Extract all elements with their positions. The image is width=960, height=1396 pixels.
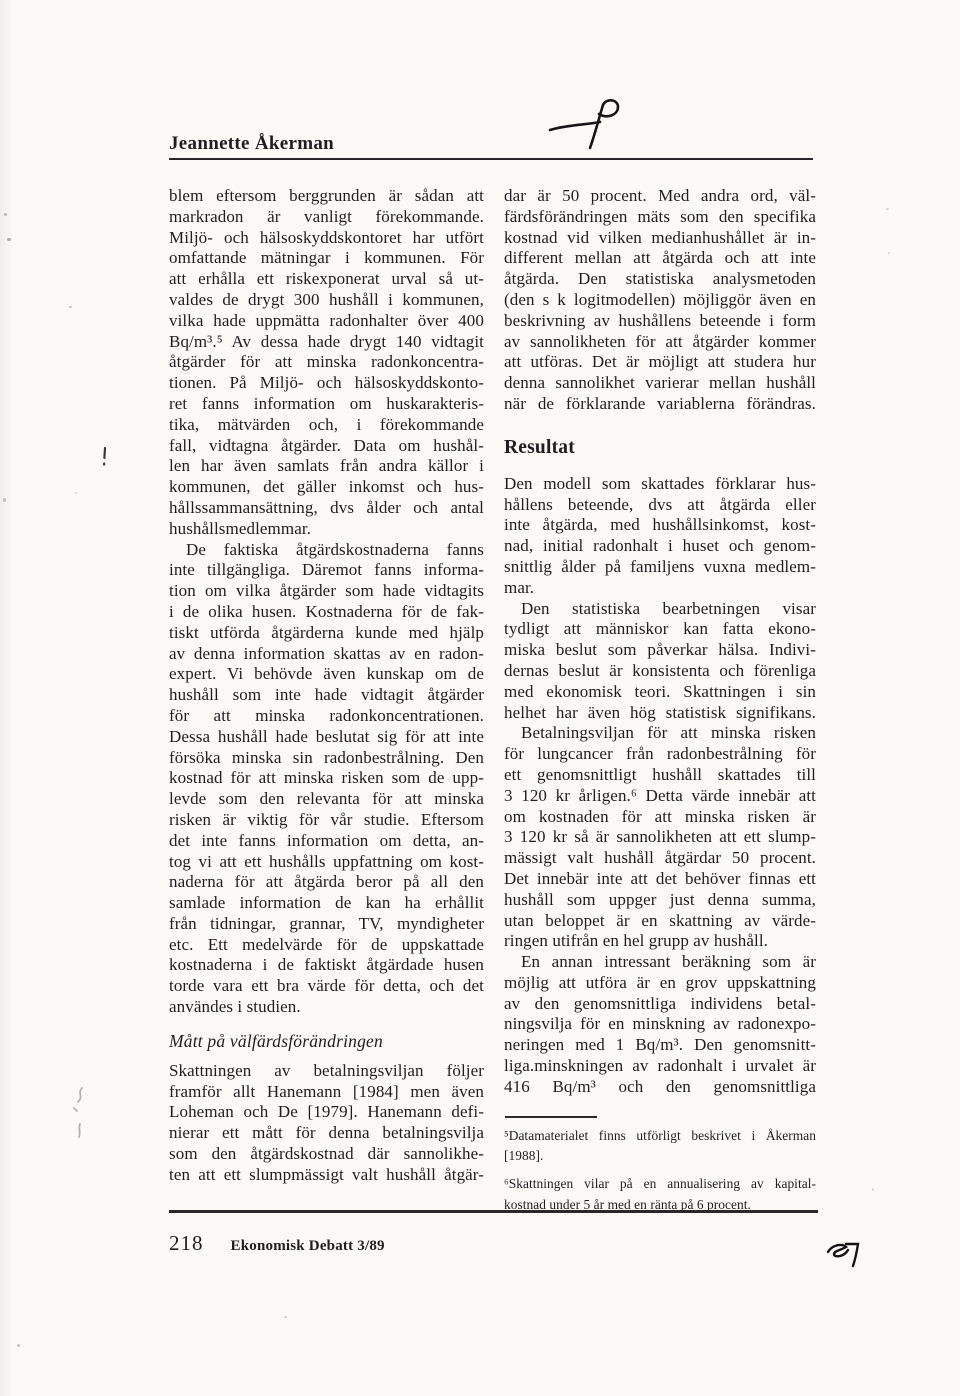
text-line: att erhålla ett riskexponerat urval så u… — [169, 269, 484, 290]
handwritten-mark-bottom — [824, 1240, 864, 1270]
text-line: len har även samlats från andra källor i — [169, 456, 484, 477]
text-line: att utföras. Det är möjligt att studera … — [504, 352, 816, 373]
text-line: ringen utifrån en hel grupp av hushåll. — [504, 931, 816, 952]
text-line: vilka hade uppmätta radonhalter över 400 — [169, 311, 484, 332]
text-line: av den genomsnittliga individens betal- — [504, 994, 816, 1015]
scan-speck — [75, 492, 77, 494]
text-line: mar. — [504, 578, 816, 599]
text-line: Skattningen av betalningsviljan följer — [169, 1061, 484, 1082]
page-footer: 218Ekonomisk Debatt 3/89 — [169, 1231, 385, 1256]
spacer — [504, 1098, 816, 1115]
scanned-journal-page: Jeannette Åkerman blem eftersom berggrun… — [0, 0, 960, 1396]
text-line: tionen. På Miljö- och hälsoskyddskonto- — [169, 373, 484, 394]
page-number: 218 — [169, 1231, 204, 1255]
text-line: naderna för att åtgärda beror på all den — [169, 872, 484, 893]
text-line: åtgärda. Den statistiska analysmetoden — [504, 269, 816, 290]
scan-speck — [69, 306, 72, 308]
scan-speck — [872, 1188, 874, 1191]
spacer — [504, 461, 816, 474]
text-line: ten att ett slumpmässigt valt hushåll åt… — [169, 1165, 484, 1186]
text-line: färdsförändringen mäts som den specifika — [504, 207, 816, 228]
text-line: utan beloppet är en skattning av värde- — [504, 911, 816, 932]
text-line: framför allt Hanemann [1984] men även — [169, 1082, 484, 1103]
text-line: Det innebär inte att det behöver finnas … — [504, 869, 816, 890]
text-line: inte tillgängliga. Däremot fanns informa… — [169, 560, 484, 581]
left-column: blem eftersom berggrunden är sådan attma… — [169, 186, 484, 1186]
text-line: åtgärder för att minska radonkoncentra- — [169, 352, 484, 373]
text-line: En annan intressant beräkning som är — [504, 952, 816, 973]
text-line: ningsvilja för en minskning av radonexpo… — [504, 1014, 816, 1035]
journal-title: Ekonomisk Debatt 3/89 — [231, 1238, 385, 1254]
text-line: Betalningsviljan för att minska risken — [504, 723, 816, 744]
text-line: hållssammansättning, dvs ålder och antal — [169, 498, 484, 519]
text-line: torde vara ett bra värde för detta, och … — [169, 976, 484, 997]
heading-resultat: Resultat — [504, 435, 816, 461]
text-line: i de olika husen. Kostnaderna för de fak… — [169, 602, 484, 623]
handwritten-mark-top — [546, 96, 624, 160]
scan-speck — [17, 1344, 20, 1347]
text-line: helhet har även hög statistisk signifika… — [504, 703, 816, 724]
header-rule — [169, 158, 813, 160]
footnote-line: ⁶Skattningen vilar på en annualisering a… — [504, 1175, 816, 1196]
text-line: mässigt valt hushåll åtgärdar 50 procent… — [504, 848, 816, 869]
text-line: från tidningar, grannar, TV, myndigheter — [169, 914, 484, 935]
text-line: hushåll som uppger just denna summa, — [504, 890, 816, 911]
text-line: för lungcancer från radonbestrålning för — [504, 744, 816, 765]
text-line: som den åtgärdskostnad där sannolikhe- — [169, 1144, 484, 1165]
text-line: nad, initial radonhalt i huset och genom… — [504, 536, 816, 557]
margin-pencil-squiggle — [68, 1084, 90, 1144]
text-line: omfattande mätningar i kommunen. För — [169, 248, 484, 269]
text-line: med ekonomisk teori. Skattningen i sin — [504, 682, 816, 703]
text-line: hushåll som inte hade vidtagit åtgärder — [169, 685, 484, 706]
text-line: markradon är vanligt förekommande. — [169, 207, 484, 228]
text-line: av denna information skattas av en radon… — [169, 644, 484, 665]
text-line: liga.minskningen av radonhalt i urvalet … — [504, 1056, 816, 1077]
scan-speck — [888, 252, 890, 254]
text-line: inte åtgärda, med hushållsinkomst, kost- — [504, 515, 816, 536]
text-line: när de förklarande variablerna förändras… — [504, 394, 816, 415]
text-line: hushållsmedlemmar. — [169, 519, 484, 540]
text-line: valdes de drygt 300 hushåll i kommunen, — [169, 290, 484, 311]
text-line: dar är 50 procent. Med andra ord, väl- — [504, 186, 816, 207]
spacer — [504, 415, 816, 435]
right-column: dar är 50 procent. Med andra ord, väl-fä… — [504, 186, 816, 1217]
text-line: De faktiska åtgärdskostnaderna fanns — [169, 540, 484, 561]
scan-speck — [3, 498, 6, 502]
page-header-author: Jeannette Åkerman — [169, 133, 334, 155]
text-line: 3 120 kr så är sannolikheten att ett slu… — [504, 827, 816, 848]
text-line: risken är viktig för vår studie. Efterso… — [169, 810, 484, 831]
text-line: försöka minska sin radonbestrålning. Den — [169, 748, 484, 769]
footnote-line: ⁵Datamaterialet finns utförligt beskrive… — [504, 1127, 816, 1148]
text-line: beskrivning av hushållens beteende i for… — [504, 311, 816, 332]
text-line: Bq/m³.⁵ Av dessa hade drygt 140 vidtagit — [169, 332, 484, 353]
text-line: Den modell som skattades förklarar hus- — [504, 474, 816, 495]
text-line: dernas beslut är konsistenta och förenli… — [504, 661, 816, 682]
text-line: expert. Vi behövde även kunskap om de — [169, 664, 484, 685]
text-line: nierar ett mått för denna betalningsvilj… — [169, 1123, 484, 1144]
text-line: kostnad för att minska risken som de upp… — [169, 768, 484, 789]
text-line: hållens beteende, dvs att åtgärda eller — [504, 495, 816, 516]
footnote-line: [1988]. — [504, 1147, 816, 1168]
text-line: Loheman och De [1979]. Hanemann defi- — [169, 1102, 484, 1123]
text-line: tiskt utförda åtgärderna kunde med hjälp — [169, 623, 484, 644]
text-line: ett genomsnittligt hushåll skattades til… — [504, 765, 816, 786]
text-line: 3 120 kr årligen.⁶ Detta värde innebär a… — [504, 786, 816, 807]
margin-exclamation-mark — [99, 446, 111, 468]
scan-speck — [886, 208, 889, 210]
text-line: different mellan att åtgärda och att int… — [504, 248, 816, 269]
spacer — [504, 1168, 816, 1175]
heading-matt-pa-valfardsforandringen: Mått på välfärdsförändringen — [169, 1031, 484, 1052]
text-line: kostnad vid vilken medianhushållet är in… — [504, 228, 816, 249]
text-line: möjlig att utföra är en grov uppskattnin… — [504, 973, 816, 994]
text-line: blem eftersom berggrunden är sådan att — [169, 186, 484, 207]
text-line: användes i studien. — [169, 997, 484, 1018]
text-line: tog vi att ett hushålls uppfattning om k… — [169, 852, 484, 873]
spacer — [504, 1119, 816, 1127]
text-line: 416 Bq/m³ och den genomsnittliga — [504, 1077, 816, 1098]
text-line: för att minska radonkoncentrationen. — [169, 706, 484, 727]
text-line: Miljö- och hälsoskyddskontoret har utför… — [169, 228, 484, 249]
text-line: tydligt att människor kan fatta ekono- — [504, 619, 816, 640]
text-line: ret fanns information om huskarakteris- — [169, 394, 484, 415]
footnote-separator-rule — [505, 1116, 597, 1118]
scan-speck — [284, 1316, 287, 1318]
text-line: miska beslut som påverkar hälsa. Indivi- — [504, 640, 816, 661]
text-line: Den statistiska bearbetningen visar — [504, 599, 816, 620]
text-line: Dessa hushåll hade beslutat sig för att … — [169, 727, 484, 748]
spacer — [169, 1018, 484, 1031]
text-line: fall, vidtagna åtgärder. Data om hushål- — [169, 436, 484, 457]
spacer — [169, 1052, 484, 1061]
text-line: snittlig ålder på familjens vuxna medlem… — [504, 557, 816, 578]
footnote-line: kostnad under 5 år med en ränta på 6 pro… — [504, 1196, 816, 1217]
text-line: (den s k logitmodellen) möjliggör även e… — [504, 290, 816, 311]
text-line: av sannolikheten för att åtgärder kommer — [504, 332, 816, 353]
scan-speck — [7, 238, 11, 241]
text-line: denna sannolikhet varierar mellan hushål… — [504, 373, 816, 394]
text-line: det inte fanns information om detta, an- — [169, 831, 484, 852]
text-line: kostnaderna i de faktiskt åtgärdade huse… — [169, 955, 484, 976]
text-line: tika, mätvärden och, i förekommande — [169, 415, 484, 436]
text-line: samlade information de kan ha erhållit — [169, 893, 484, 914]
text-line: levde som den relevanta för att minska — [169, 789, 484, 810]
text-line: om kostnaden för att minska risken är — [504, 807, 816, 828]
text-line: tion om vilka åtgärder som hade vidtagit… — [169, 581, 484, 602]
footer-rule — [169, 1210, 818, 1213]
text-line: kommunen, det gäller inkomst och hus- — [169, 477, 484, 498]
text-line: etc. Ett medelvärde för de uppskattade — [169, 935, 484, 956]
text-line: neringen med 1 Bq/m³. Den genomsnitt- — [504, 1035, 816, 1056]
scan-speck — [4, 213, 7, 216]
